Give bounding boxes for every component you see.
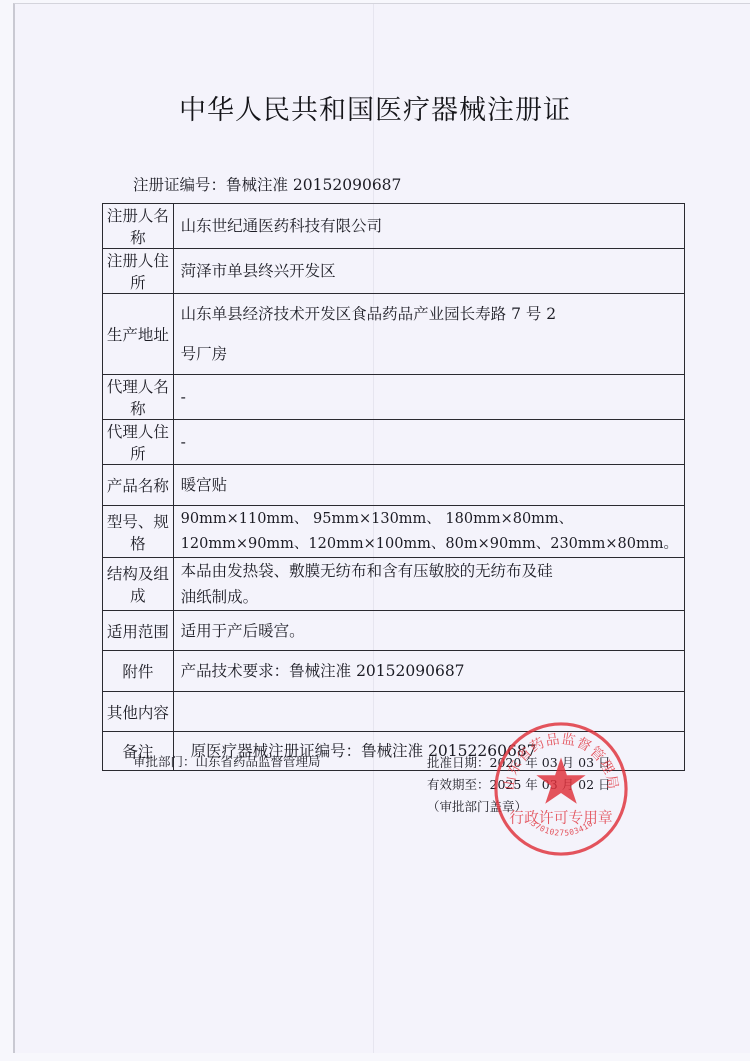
row-value: - [173, 420, 684, 465]
table-row: 型号、规格 90mm×110mm、 95mm×130mm、 180mm×80mm… [103, 506, 685, 558]
row-label: 适用范围 [103, 611, 174, 651]
table-row: 附件 产品技术要求：鲁械注准 20152090687 [103, 651, 685, 692]
certificate-table: 注册人名称 山东世纪通医药科技有限公司 注册人住所 菏泽市单县终兴开发区 生产地… [102, 203, 685, 771]
approval-department: 审批部门：山东省药品监督管理局 [133, 752, 321, 770]
row-label: 其他内容 [103, 692, 174, 732]
value-line: 120mm×90mm、120mm×100mm、80m×90mm、230mm×80… [181, 532, 678, 557]
row-label: 注册人名称 [103, 204, 174, 249]
row-label: 产品名称 [103, 465, 174, 506]
stamp-center-text: 行政许可专用章 [509, 809, 613, 827]
registration-number: 注册证编号：鲁械注准 20152090687 [133, 173, 401, 195]
row-label: 型号、规格 [103, 506, 174, 558]
row-value: 适用于产后暖宫。 [173, 611, 684, 651]
row-value: 本品由发热袋、敷膜无纺布和含有压敏胶的无纺布及硅 油纸制成。 [173, 558, 684, 611]
row-label: 附件 [103, 651, 174, 692]
table-row: 结构及组成 本品由发热袋、敷膜无纺布和含有压敏胶的无纺布及硅 油纸制成。 [103, 558, 685, 611]
table-row: 适用范围 适用于产后暖宫。 [103, 611, 685, 651]
row-value: 菏泽市单县终兴开发区 [173, 249, 684, 294]
table-row: 注册人名称 山东世纪通医药科技有限公司 [103, 204, 685, 249]
value-line: 90mm×110mm、 95mm×130mm、 180mm×80mm、 [181, 507, 678, 532]
value-line: 油纸制成。 [181, 584, 678, 610]
table-row: 产品名称 暖宫贴 [103, 465, 685, 506]
row-label: 生产地址 [103, 294, 174, 375]
row-label: 代理人住所 [103, 420, 174, 465]
row-value: 暖宫贴 [173, 465, 684, 506]
row-value: 山东单县经济技术开发区食品药品产业园长寿路 7 号 2 号厂房 [173, 294, 684, 375]
value-line: 号厂房 [181, 334, 678, 374]
table-row: 注册人住所 菏泽市单县终兴开发区 [103, 249, 685, 294]
table-row: 代理人住所 - [103, 420, 685, 465]
row-value: - [173, 375, 684, 420]
value-line: 山东单县经济技术开发区食品药品产业园长寿路 7 号 2 [181, 294, 678, 334]
row-value: 90mm×110mm、 95mm×130mm、 180mm×80mm、 120m… [173, 506, 684, 558]
table-row: 代理人名称 - [103, 375, 685, 420]
row-value: 山东世纪通医药科技有限公司 [173, 204, 684, 249]
row-value: 产品技术要求：鲁械注准 20152090687 [173, 651, 684, 692]
row-label: 结构及组成 [103, 558, 174, 611]
row-label: 代理人名称 [103, 375, 174, 420]
value-line: 本品由发热袋、敷膜无纺布和含有压敏胶的无纺布及硅 [181, 558, 678, 584]
document-title: 中华人民共和国医疗器械注册证 [0, 88, 750, 127]
row-label: 注册人住所 [103, 249, 174, 294]
official-seal-stamp-icon: 山东省药品监督管理局 行政许可专用章 3701027503410 [492, 720, 630, 858]
table-row: 生产地址 山东单县经济技术开发区食品药品产业园长寿路 7 号 2 号厂房 [103, 294, 685, 375]
